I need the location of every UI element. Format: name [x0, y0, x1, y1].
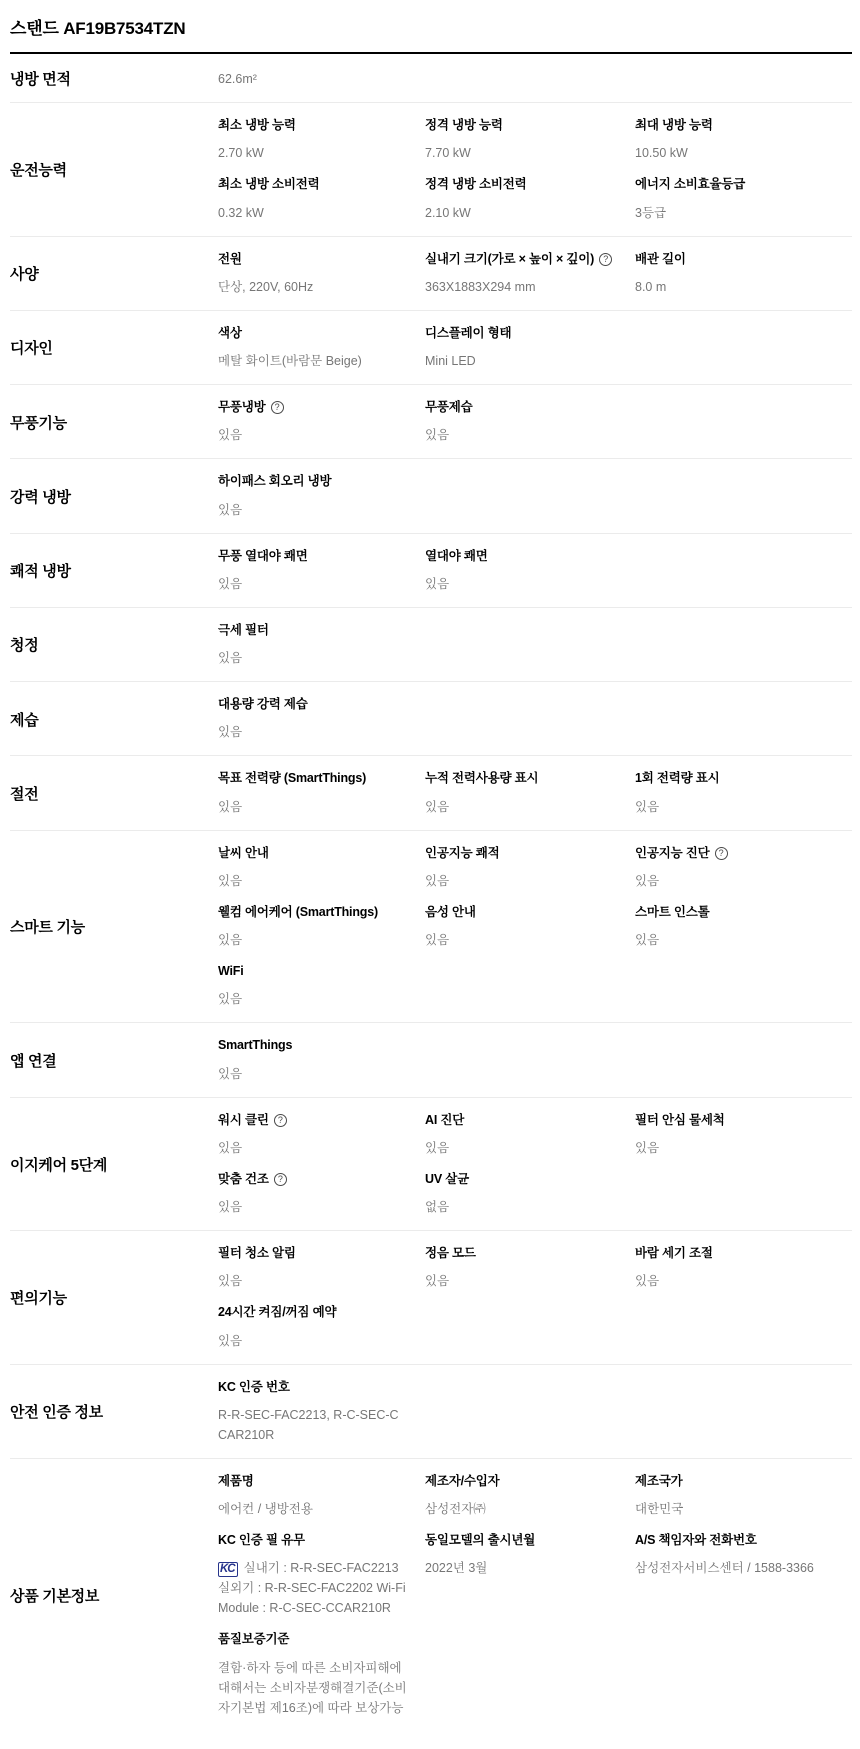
spec-item-value: 있음: [218, 1064, 407, 1084]
spec-item: 워시 클린?있음: [218, 1112, 425, 1158]
section-items: 필터 청소 알림있음정음 모드있음바람 세기 조절있음24시간 켜짐/꺼짐 예약…: [218, 1245, 852, 1351]
spec-item-value: 있음: [218, 989, 407, 1009]
spec-section: 무풍기능무풍냉방?있음무풍제습있음: [10, 385, 852, 459]
info-icon[interactable]: ?: [274, 1114, 287, 1127]
spec-item-label-text: 품질보증기준: [218, 1632, 289, 1646]
spec-item-value-text: 2.10 kW: [425, 206, 471, 220]
spec-item: 정격 냉방 소비전력2.10 kW: [425, 176, 635, 222]
spec-item-label-text: 실내기 크기(가로 × 높이 × 깊이): [425, 252, 594, 266]
spec-item-label-text: 최소 냉방 소비전력: [218, 177, 320, 191]
spec-item-label-text: A/S 책임자와 전화번호: [635, 1533, 757, 1547]
spec-item-value: 있음: [218, 797, 407, 817]
spec-item-label: 품질보증기준: [218, 1631, 407, 1647]
spec-item-value: 10.50 kW: [635, 143, 834, 163]
spec-item-value: 2022년 3월: [425, 1558, 617, 1578]
spec-item-label: 정격 냉방 소비전력: [425, 176, 617, 192]
page-title: 스탠드 AF19B7534TZN: [10, 12, 852, 54]
spec-item: 목표 전력량 (SmartThings)있음: [218, 770, 425, 816]
spec-item: SmartThings있음: [218, 1037, 425, 1083]
section-label: 안전 인증 정보: [10, 1401, 218, 1422]
spec-item-label-text: 필터 청소 알림: [218, 1246, 296, 1260]
spec-item-value-text: 있음: [218, 1334, 242, 1348]
spec-section: 사양전원단상, 220V, 60Hz실내기 크기(가로 × 높이 × 깊이)?3…: [10, 237, 852, 311]
spec-item: 1회 전력량 표시있음: [635, 770, 852, 816]
spec-item: KC 인증 필 유무KC실내기 : R-R-SEC-FAC2213 실외기 : …: [218, 1532, 425, 1618]
spec-item-label-text: 필터 안심 물세척: [635, 1113, 725, 1127]
spec-item: 스마트 인스톨있음: [635, 904, 852, 950]
spec-item-value: 363X1883X294 mm: [425, 277, 617, 297]
spec-item-label: 워시 클린?: [218, 1112, 407, 1128]
spec-item-value: 있음: [635, 930, 834, 950]
spec-item-value-text: 있음: [425, 1274, 449, 1288]
spec-item-label: 열대야 쾌면: [425, 548, 617, 564]
spec-item-value: 있음: [425, 425, 617, 445]
spec-item-value: 있음: [635, 1271, 834, 1291]
spec-item-label: 인공지능 진단?: [635, 845, 834, 861]
spec-item-label-text: 24시간 켜짐/꺼짐 예약: [218, 1305, 336, 1319]
spec-item-label-text: 전원: [218, 252, 242, 266]
spec-item-label-text: UV 살균: [425, 1172, 469, 1186]
spec-item-label-text: 무풍 열대야 쾌면: [218, 549, 308, 563]
spec-item-label-text: 음성 안내: [425, 905, 476, 919]
spec-item: 디스플레이 형태Mini LED: [425, 325, 635, 371]
spec-item: 웰컴 에어케어 (SmartThings)있음: [218, 904, 425, 950]
spec-item: 에너지 소비효율등급3등급: [635, 176, 852, 222]
spec-item: 누적 전력사용량 표시있음: [425, 770, 635, 816]
spec-item-value: 0.32 kW: [218, 203, 407, 223]
spec-item: 인공지능 진단?있음: [635, 845, 852, 891]
spec-item-value: 있음: [218, 500, 407, 520]
spec-item-value-text: 있음: [635, 933, 659, 947]
spec-item-label: 음성 안내: [425, 904, 617, 920]
section-items: KC 인증 번호R-R-SEC-FAC2213, R-C-SEC-CCAR210…: [218, 1379, 852, 1445]
section-label: 앱 연결: [10, 1050, 218, 1071]
section-items: SmartThings있음: [218, 1037, 852, 1083]
spec-item-label-text: 정음 모드: [425, 1246, 476, 1260]
spec-item-label-text: 무풍제습: [425, 400, 473, 414]
spec-item-value-text: 있음: [218, 1274, 242, 1288]
spec-item-value-text: 메탈 화이트(바람문 Beige): [218, 354, 362, 368]
info-icon[interactable]: ?: [715, 847, 728, 860]
spec-item-label-text: 색상: [218, 326, 242, 340]
spec-item-label: 배관 길이: [635, 251, 834, 267]
spec-item-label: 웰컴 에어케어 (SmartThings): [218, 904, 407, 920]
spec-item-value: 있음: [218, 1271, 407, 1291]
info-icon[interactable]: ?: [599, 253, 612, 266]
section-items: 워시 클린?있음AI 진단있음필터 안심 물세척있음맞춤 건조?있음UV 살균없…: [218, 1112, 852, 1218]
section-items: 제품명에어컨 / 냉방전용제조자/수입자삼성전자㈜제조국가대한민국KC 인증 필…: [218, 1473, 852, 1718]
spec-item-label-text: 배관 길이: [635, 252, 686, 266]
spec-item: 최소 냉방 능력2.70 kW: [218, 117, 425, 163]
spec-item-label-text: 스마트 인스톨: [635, 905, 710, 919]
spec-section: 청정극세 필터있음: [10, 608, 852, 682]
spec-item-label-text: WiFi: [218, 964, 243, 978]
spec-item-value-text: R-R-SEC-FAC2213, R-C-SEC-CCAR210R: [218, 1408, 399, 1442]
spec-item: 맞춤 건조?있음: [218, 1171, 425, 1217]
spec-item-label-text: 누적 전력사용량 표시: [425, 771, 538, 785]
spec-section: 이지케어 5단계워시 클린?있음AI 진단있음필터 안심 물세척있음맞춤 건조?…: [10, 1098, 852, 1232]
spec-item-label: 하이패스 회오리 냉방: [218, 473, 407, 489]
spec-item: 정음 모드있음: [425, 1245, 635, 1291]
spec-item: 실내기 크기(가로 × 높이 × 깊이)?363X1883X294 mm: [425, 251, 635, 297]
spec-item-value-text: 있음: [218, 933, 242, 947]
spec-item-value-text: 10.50 kW: [635, 146, 688, 160]
spec-item-label-text: 정격 냉방 소비전력: [425, 177, 527, 191]
spec-item-label: 제조자/수입자: [425, 1473, 617, 1489]
spec-item-value: 있음: [425, 797, 617, 817]
spec-item-label: 인공지능 쾌적: [425, 845, 617, 861]
spec-section: 강력 냉방하이패스 회오리 냉방있음: [10, 459, 852, 533]
spec-item-value-text: 있음: [425, 1141, 449, 1155]
spec-item: A/S 책임자와 전화번호삼성전자서비스센터 / 1588-3366: [635, 1532, 852, 1618]
spec-item-value-text: 62.6m²: [218, 72, 257, 86]
section-label: 냉방 면적: [10, 68, 218, 89]
spec-item-label: KC 인증 번호: [218, 1379, 407, 1395]
spec-item: 배관 길이8.0 m: [635, 251, 852, 297]
spec-item-label-text: 인공지능 진단: [635, 846, 710, 860]
spec-item: 동일모델의 출시년월2022년 3월: [425, 1532, 635, 1618]
spec-item-value: KC실내기 : R-R-SEC-FAC2213 실외기 : R-R-SEC-FA…: [218, 1558, 407, 1618]
spec-item-label-text: 극세 필터: [218, 623, 269, 637]
spec-item-value: 있음: [218, 871, 407, 891]
spec-item-value-text: 단상, 220V, 60Hz: [218, 280, 313, 294]
spec-item-label-text: 제품명: [218, 1474, 254, 1488]
section-items: 최소 냉방 능력2.70 kW정격 냉방 능력7.70 kW최대 냉방 능력10…: [218, 117, 852, 223]
spec-item-label-text: 날씨 안내: [218, 846, 269, 860]
spec-section: 편의기능필터 청소 알림있음정음 모드있음바람 세기 조절있음24시간 켜짐/꺼…: [10, 1231, 852, 1365]
spec-item-value: 삼성전자㈜: [425, 1499, 617, 1519]
spec-section: 상품 기본정보제품명에어컨 / 냉방전용제조자/수입자삼성전자㈜제조국가대한민국…: [10, 1459, 852, 1731]
spec-item: 필터 청소 알림있음: [218, 1245, 425, 1291]
spec-item-label-text: 최소 냉방 능력: [218, 118, 296, 132]
spec-item-value-text: 있음: [218, 1200, 242, 1214]
spec-item-label: WiFi: [218, 963, 407, 979]
section-label: 절전: [10, 783, 218, 804]
product-spec-page: 스탠드 AF19B7534TZN 냉방 면적62.6m²운전능력최소 냉방 능력…: [0, 0, 860, 1749]
info-icon[interactable]: ?: [274, 1173, 287, 1186]
spec-item-value-text: 있음: [425, 800, 449, 814]
spec-item-label-text: 맞춤 건조: [218, 1172, 269, 1186]
spec-item-value-text: 2.70 kW: [218, 146, 264, 160]
spec-item-value-text: 있음: [635, 1274, 659, 1288]
spec-item: WiFi있음: [218, 963, 425, 1009]
spec-item-value-text: 없음: [425, 1200, 449, 1214]
spec-item-value: 있음: [635, 797, 834, 817]
spec-item-value: 있음: [218, 574, 407, 594]
spec-item-label: 필터 안심 물세척: [635, 1112, 834, 1128]
spec-item-label: 에너지 소비효율등급: [635, 176, 834, 192]
spec-item-label-text: 디스플레이 형태: [425, 326, 511, 340]
spec-item-label-text: 인공지능 쾌적: [425, 846, 500, 860]
spec-item-value: 있음: [218, 1197, 407, 1217]
spec-item-value-text: 있음: [425, 933, 449, 947]
kc-mark-icon: KC: [218, 1562, 238, 1577]
spec-item-label: 목표 전력량 (SmartThings): [218, 770, 407, 786]
spec-item-label-text: SmartThings: [218, 1038, 292, 1052]
spec-item-label-text: 정격 냉방 능력: [425, 118, 503, 132]
spec-item-label: 디스플레이 형태: [425, 325, 617, 341]
info-icon[interactable]: ?: [271, 401, 284, 414]
spec-item-value-text: 363X1883X294 mm: [425, 280, 536, 294]
spec-item-label-text: 제조국가: [635, 1474, 683, 1488]
spec-item-value: 있음: [425, 1271, 617, 1291]
spec-item-value-text: 있음: [218, 1141, 242, 1155]
spec-item: 무풍제습있음: [425, 399, 635, 445]
spec-section: 냉방 면적62.6m²: [10, 54, 852, 103]
spec-item-value-text: 있음: [218, 992, 242, 1006]
spec-item-value: 있음: [218, 722, 407, 742]
spec-item-label-text: 열대야 쾌면: [425, 549, 488, 563]
spec-item-value-text: 있음: [218, 503, 242, 517]
spec-item-label-text: 웰컴 에어케어 (SmartThings): [218, 905, 378, 919]
section-label: 쾌적 냉방: [10, 560, 218, 581]
spec-item-label-text: 바람 세기 조절: [635, 1246, 713, 1260]
section-label: 운전능력: [10, 159, 218, 180]
spec-item: 색상메탈 화이트(바람문 Beige): [218, 325, 425, 371]
spec-item: 최소 냉방 소비전력0.32 kW: [218, 176, 425, 222]
spec-item: KC 인증 번호R-R-SEC-FAC2213, R-C-SEC-CCAR210…: [218, 1379, 425, 1445]
section-items: 62.6m²: [218, 69, 852, 89]
spec-item-value: 있음: [425, 1138, 617, 1158]
spec-item-value-text: 있음: [218, 577, 242, 591]
section-items: 전원단상, 220V, 60Hz실내기 크기(가로 × 높이 × 깊이)?363…: [218, 251, 852, 297]
spec-item-label: 최소 냉방 소비전력: [218, 176, 407, 192]
spec-item-value-text: 있음: [218, 651, 242, 665]
spec-item-label-text: 제조자/수입자: [425, 1474, 500, 1488]
spec-item-value-text: 있음: [218, 428, 242, 442]
spec-item-value: Mini LED: [425, 351, 617, 371]
spec-item-value: 있음: [425, 574, 617, 594]
spec-item-label-text: KC 인증 필 유무: [218, 1533, 305, 1547]
spec-item-value: 결함·하자 등에 따른 소비자피해에 대해서는 소비자분쟁해결기준(소비자기본법…: [218, 1658, 407, 1718]
spec-item-value-text: 있음: [425, 428, 449, 442]
spec-item: 하이패스 회오리 냉방있음: [218, 473, 425, 519]
spec-item-value-text: 삼성전자서비스센터 / 1588-3366: [635, 1561, 814, 1575]
spec-item-label: KC 인증 필 유무: [218, 1532, 407, 1548]
spec-item-value-text: 2022년 3월: [425, 1561, 487, 1575]
spec-item-label-text: AI 진단: [425, 1113, 464, 1127]
section-label: 상품 기본정보: [10, 1585, 218, 1606]
spec-item-label-text: 워시 클린: [218, 1113, 269, 1127]
spec-item-value-text: 에어컨 / 냉방전용: [218, 1502, 313, 1516]
spec-section: 제습대용량 강력 제습있음: [10, 682, 852, 756]
spec-item-label-text: 에너지 소비효율등급: [635, 177, 745, 191]
spec-item-value: 없음: [425, 1197, 617, 1217]
spec-item: 62.6m²: [218, 69, 425, 89]
spec-item-label: 최대 냉방 능력: [635, 117, 834, 133]
spec-item-label: 극세 필터: [218, 622, 407, 638]
spec-item-label: 최소 냉방 능력: [218, 117, 407, 133]
spec-item-label: 바람 세기 조절: [635, 1245, 834, 1261]
spec-item: UV 살균없음: [425, 1171, 635, 1217]
spec-item-value-text: 있음: [425, 577, 449, 591]
spec-item-value: 62.6m²: [218, 69, 407, 89]
spec-item-value: 있음: [425, 930, 617, 950]
spec-item-label: 스마트 인스톨: [635, 904, 834, 920]
spec-item-label: 제품명: [218, 1473, 407, 1489]
spec-item-label: 무풍 열대야 쾌면: [218, 548, 407, 564]
spec-item-value: 메탈 화이트(바람문 Beige): [218, 351, 407, 371]
spec-item: 최대 냉방 능력10.50 kW: [635, 117, 852, 163]
spec-item-label: 맞춤 건조?: [218, 1171, 407, 1187]
section-label: 청정: [10, 634, 218, 655]
spec-item-value: 에어컨 / 냉방전용: [218, 1499, 407, 1519]
spec-item-value: 있음: [218, 1138, 407, 1158]
spec-section: 쾌적 냉방무풍 열대야 쾌면있음열대야 쾌면있음: [10, 534, 852, 608]
spec-item-value-text: 대한민국: [635, 1502, 683, 1516]
section-label: 사양: [10, 263, 218, 284]
spec-item: 날씨 안내있음: [218, 845, 425, 891]
spec-section: 앱 연결SmartThings있음: [10, 1023, 852, 1097]
spec-item-label-text: 무풍냉방: [218, 400, 266, 414]
spec-item-value-text: 결함·하자 등에 따른 소비자피해에 대해서는 소비자분쟁해결기준(소비자기본법…: [218, 1661, 407, 1715]
spec-item-value-text: 3등급: [635, 206, 666, 220]
spec-item-value-text: 있음: [635, 800, 659, 814]
section-label: 스마트 기능: [10, 916, 218, 937]
spec-item-value: 8.0 m: [635, 277, 834, 297]
spec-item-label: 24시간 켜짐/꺼짐 예약: [218, 1304, 407, 1320]
spec-item-value-text: 있음: [218, 1067, 242, 1081]
spec-item-label: 실내기 크기(가로 × 높이 × 깊이)?: [425, 251, 617, 267]
spec-item-label: 필터 청소 알림: [218, 1245, 407, 1261]
spec-item-label: 날씨 안내: [218, 845, 407, 861]
spec-item-label: 정음 모드: [425, 1245, 617, 1261]
spec-item-value: 있음: [635, 871, 834, 891]
spec-item-value: 7.70 kW: [425, 143, 617, 163]
spec-item-label: 누적 전력사용량 표시: [425, 770, 617, 786]
spec-item-value-text: Mini LED: [425, 354, 476, 368]
spec-item-value-text: 있음: [635, 1141, 659, 1155]
spec-item: 24시간 켜짐/꺼짐 예약있음: [218, 1304, 425, 1350]
spec-item: 대용량 강력 제습있음: [218, 696, 425, 742]
section-label: 강력 냉방: [10, 486, 218, 507]
spec-item-label-text: 하이패스 회오리 냉방: [218, 474, 331, 488]
spec-item-value: 있음: [218, 930, 407, 950]
spec-item: 제조국가대한민국: [635, 1473, 852, 1519]
spec-item: 무풍냉방?있음: [218, 399, 425, 445]
spec-sections: 냉방 면적62.6m²운전능력최소 냉방 능력2.70 kW정격 냉방 능력7.…: [10, 54, 852, 1731]
spec-item: 전원단상, 220V, 60Hz: [218, 251, 425, 297]
section-label: 디자인: [10, 337, 218, 358]
spec-item: 필터 안심 물세척있음: [635, 1112, 852, 1158]
spec-item-label: UV 살균: [425, 1171, 617, 1187]
spec-item-value-text: 있음: [635, 874, 659, 888]
spec-item-value: 대한민국: [635, 1499, 834, 1519]
spec-item-value: 2.10 kW: [425, 203, 617, 223]
spec-item-value: 있음: [425, 871, 617, 891]
spec-item: 열대야 쾌면있음: [425, 548, 635, 594]
spec-item-label-text: 목표 전력량 (SmartThings): [218, 771, 366, 785]
spec-item-value: 2.70 kW: [218, 143, 407, 163]
spec-item-label: 무풍냉방?: [218, 399, 407, 415]
spec-item-label-text: 대용량 강력 제습: [218, 697, 308, 711]
spec-item-label: 정격 냉방 능력: [425, 117, 617, 133]
spec-item-label-text: 동일모델의 출시년월: [425, 1533, 535, 1547]
section-items: 극세 필터있음: [218, 622, 852, 668]
spec-section: 안전 인증 정보KC 인증 번호R-R-SEC-FAC2213, R-C-SEC…: [10, 1365, 852, 1459]
spec-section: 절전목표 전력량 (SmartThings)있음누적 전력사용량 표시있음1회 …: [10, 756, 852, 830]
spec-item-label-text: 1회 전력량 표시: [635, 771, 720, 785]
spec-item-value: 단상, 220V, 60Hz: [218, 277, 407, 297]
section-label: 제습: [10, 709, 218, 730]
section-items: 목표 전력량 (SmartThings)있음누적 전력사용량 표시있음1회 전력…: [218, 770, 852, 816]
spec-item-label-text: KC 인증 번호: [218, 1380, 290, 1394]
spec-item: 정격 냉방 능력7.70 kW: [425, 117, 635, 163]
spec-item-label: 전원: [218, 251, 407, 267]
spec-item: 무풍 열대야 쾌면있음: [218, 548, 425, 594]
spec-item: 품질보증기준결함·하자 등에 따른 소비자피해에 대해서는 소비자분쟁해결기준(…: [218, 1631, 425, 1717]
section-items: 날씨 안내있음인공지능 쾌적있음인공지능 진단?있음웰컴 에어케어 (Smart…: [218, 845, 852, 1010]
section-items: 무풍냉방?있음무풍제습있음: [218, 399, 852, 445]
spec-item: 제품명에어컨 / 냉방전용: [218, 1473, 425, 1519]
spec-item-value-text: 7.70 kW: [425, 146, 471, 160]
spec-item-value: 있음: [218, 648, 407, 668]
spec-item-value: 3등급: [635, 203, 834, 223]
spec-item: 제조자/수입자삼성전자㈜: [425, 1473, 635, 1519]
spec-section: 운전능력최소 냉방 능력2.70 kW정격 냉방 능력7.70 kW최대 냉방 …: [10, 103, 852, 237]
spec-item: 인공지능 쾌적있음: [425, 845, 635, 891]
spec-section: 디자인색상메탈 화이트(바람문 Beige)디스플레이 형태Mini LED: [10, 311, 852, 385]
spec-item-value: 있음: [218, 425, 407, 445]
spec-item-label: 동일모델의 출시년월: [425, 1532, 617, 1548]
spec-item-label: AI 진단: [425, 1112, 617, 1128]
spec-item-value-text: 실내기 : R-R-SEC-FAC2213 실외기 : R-R-SEC-FAC2…: [218, 1561, 406, 1615]
spec-item: 바람 세기 조절있음: [635, 1245, 852, 1291]
spec-item-value-text: 0.32 kW: [218, 206, 264, 220]
spec-item: 극세 필터있음: [218, 622, 425, 668]
spec-item-value: R-R-SEC-FAC2213, R-C-SEC-CCAR210R: [218, 1405, 407, 1445]
spec-item-value-text: 있음: [425, 874, 449, 888]
spec-item-value: 있음: [218, 1331, 407, 1351]
section-items: 무풍 열대야 쾌면있음열대야 쾌면있음: [218, 548, 852, 594]
section-label: 무풍기능: [10, 412, 218, 433]
spec-section: 스마트 기능날씨 안내있음인공지능 쾌적있음인공지능 진단?있음웰컴 에어케어 …: [10, 831, 852, 1024]
section-items: 하이패스 회오리 냉방있음: [218, 473, 852, 519]
spec-item-label: 1회 전력량 표시: [635, 770, 834, 786]
section-items: 대용량 강력 제습있음: [218, 696, 852, 742]
spec-item-value: 삼성전자서비스센터 / 1588-3366: [635, 1558, 834, 1578]
spec-item-label: 대용량 강력 제습: [218, 696, 407, 712]
spec-item: AI 진단있음: [425, 1112, 635, 1158]
spec-item-value: 있음: [635, 1138, 834, 1158]
spec-item-label-text: 최대 냉방 능력: [635, 118, 713, 132]
spec-item-label: 제조국가: [635, 1473, 834, 1489]
section-label: 이지케어 5단계: [10, 1154, 218, 1175]
section-items: 색상메탈 화이트(바람문 Beige)디스플레이 형태Mini LED: [218, 325, 852, 371]
spec-item-label: 색상: [218, 325, 407, 341]
spec-item-value-text: 8.0 m: [635, 280, 666, 294]
spec-item: 음성 안내있음: [425, 904, 635, 950]
spec-item-label: A/S 책임자와 전화번호: [635, 1532, 834, 1548]
spec-item-label: SmartThings: [218, 1037, 407, 1053]
spec-item-value-text: 있음: [218, 725, 242, 739]
section-label: 편의기능: [10, 1287, 218, 1308]
spec-item-value-text: 삼성전자㈜: [425, 1502, 486, 1516]
spec-item-value-text: 있음: [218, 874, 242, 888]
spec-item-value-text: 있음: [218, 800, 242, 814]
spec-item-label: 무풍제습: [425, 399, 617, 415]
